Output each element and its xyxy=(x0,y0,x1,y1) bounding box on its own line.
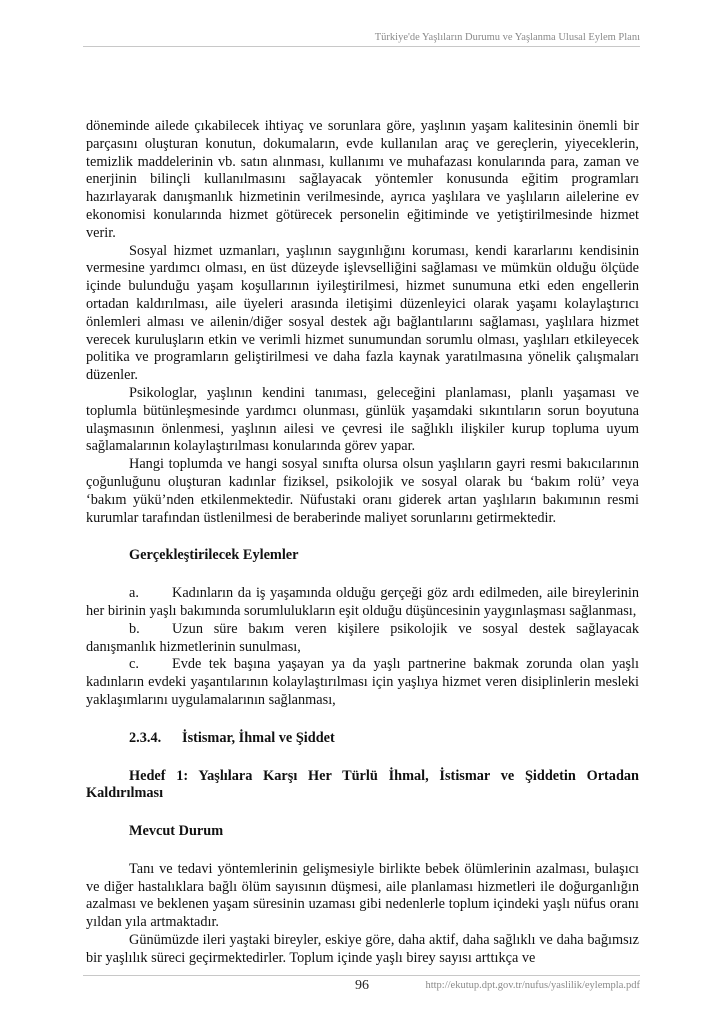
page-header: Türkiye'de Yaşlıların Durumu ve Yaşlanma… xyxy=(83,30,640,47)
section-number: 2.3.4. xyxy=(129,730,182,748)
action-item: c.Evde tek başına yaşayan ya da yaşlı pa… xyxy=(86,656,639,709)
action-label: a. xyxy=(129,585,172,603)
paragraph: Sosyal hizmet uzmanları, yaşlının saygın… xyxy=(86,243,639,385)
action-label: b. xyxy=(129,621,172,639)
goal-heading: Hedef 1: Yaşlılara Karşı Her Türlü İhmal… xyxy=(86,768,639,804)
paragraph: Günümüzde ileri yaştaki bireyler, eskiye… xyxy=(86,932,639,968)
section-title: İstismar, İhmal ve Şiddet xyxy=(182,730,335,746)
status-heading: Mevcut Durum xyxy=(86,823,639,841)
paragraph: Tanı ve tedavi yöntemlerinin gelişmesiyl… xyxy=(86,861,639,932)
document-title: Türkiye'de Yaşlıların Durumu ve Yaşlanma… xyxy=(375,32,640,43)
action-item: a.Kadınların da iş yaşamında olduğu gerç… xyxy=(86,585,639,621)
paragraph: Psikologlar, yaşlının kendini tanıması, … xyxy=(86,385,639,456)
paragraph: Hangi toplumda ve hangi sosyal sınıfta o… xyxy=(86,456,639,527)
page-number: 96 xyxy=(355,978,369,994)
action-item: b.Uzun süre bakım veren kişilere psikolo… xyxy=(86,621,639,657)
page-footer: 96 http://ekutup.dpt.gov.tr/nufus/yaslil… xyxy=(83,975,640,996)
actions-heading: Gerçekleştirilecek Eylemler xyxy=(86,547,639,565)
paragraph: döneminde ailede çıkabilecek ihtiyaç ve … xyxy=(86,118,639,243)
page-body: döneminde ailede çıkabilecek ihtiyaç ve … xyxy=(86,118,639,968)
action-label: c. xyxy=(129,656,172,674)
source-url: http://ekutup.dpt.gov.tr/nufus/yaslilik/… xyxy=(425,980,640,991)
section-heading: 2.3.4.İstismar, İhmal ve Şiddet xyxy=(86,730,639,748)
